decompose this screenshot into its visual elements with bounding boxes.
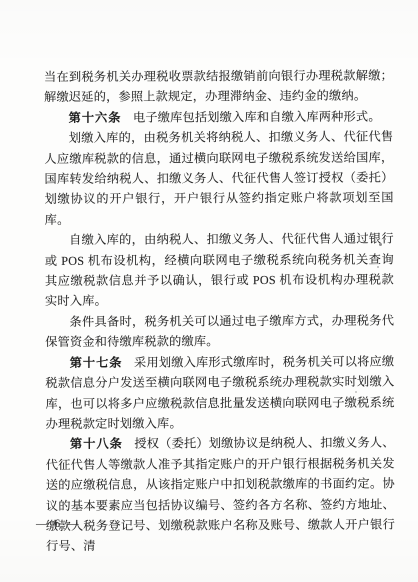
article-term: 第十七条 <box>70 355 123 369</box>
document-page: 当在到税务机关办理税收票款结报缴销前向银行办理税款解缴；解缴迟延的，参照上款规定… <box>0 0 418 582</box>
article-term: 第十六条 <box>69 110 122 124</box>
paragraph-article-17: 第十七条采用划缴入库形式缴库时，税务机关可以将应缴税款信息分户发送至横向联网电子… <box>45 351 394 434</box>
paragraph-text: 电子缴库包括划缴入库和自缴入库两种形式。 <box>133 109 381 124</box>
paragraph: 当在到税务机关办理税收票款结报缴销前向银行办理税款解缴；解缴迟延的，参照上款规定… <box>44 65 393 107</box>
paragraph: 划缴入库的，由税务机关将纳税人、扣缴义务人、代征代售人应缴库税款的信息，通过横向… <box>44 127 393 231</box>
page-body-text: 当在到税务机关办理税收票款结报缴销前向银行办理税款解缴；解缴迟延的，参照上款规定… <box>44 65 395 556</box>
page-number: — 6 — <box>36 518 81 530</box>
paragraph: 自缴入库的，由纳税人、扣缴义务人、代征代售人通过银行或 POS 机布设机构，经横… <box>45 229 394 312</box>
paragraph-text: 条件具备时，税务机关可以通过电子缴库方式，办理税务代保管资金和待缴库税款的缴库。 <box>45 313 394 349</box>
article-term: 第十八条 <box>70 437 123 451</box>
paragraph-text: 授权（委托）划缴协议是纳税人、扣缴义务人、代征代售人等缴款人准予其指定账户的开户… <box>46 436 395 554</box>
paragraph-text: 划缴入库的，由税务机关将纳税人、扣缴义务人、代征代售人应缴库税款的信息，通过横向… <box>44 130 393 227</box>
paragraph-text: 当在到税务机关办理税收票款结报缴销前向银行办理税款解缴；解缴迟延的，参照上款规定… <box>44 68 393 104</box>
paragraph-article-18: 第十八条授权（委托）划缴协议是纳税人、扣缴义务人、代征代售人等缴款人准予其指定账… <box>46 433 396 557</box>
paragraph: 条件具备时，税务机关可以通过电子缴库方式，办理税务代保管资金和待缴库税款的缴库。 <box>45 310 394 352</box>
paragraph-text: 自缴入库的，由纳税人、扣缴义务人、代征代售人通过银行或 POS 机布设机构，经横… <box>45 232 394 309</box>
paragraph-article-16: 第十六条电子缴库包括划缴入库和自缴入库两种形式。 <box>44 106 393 128</box>
